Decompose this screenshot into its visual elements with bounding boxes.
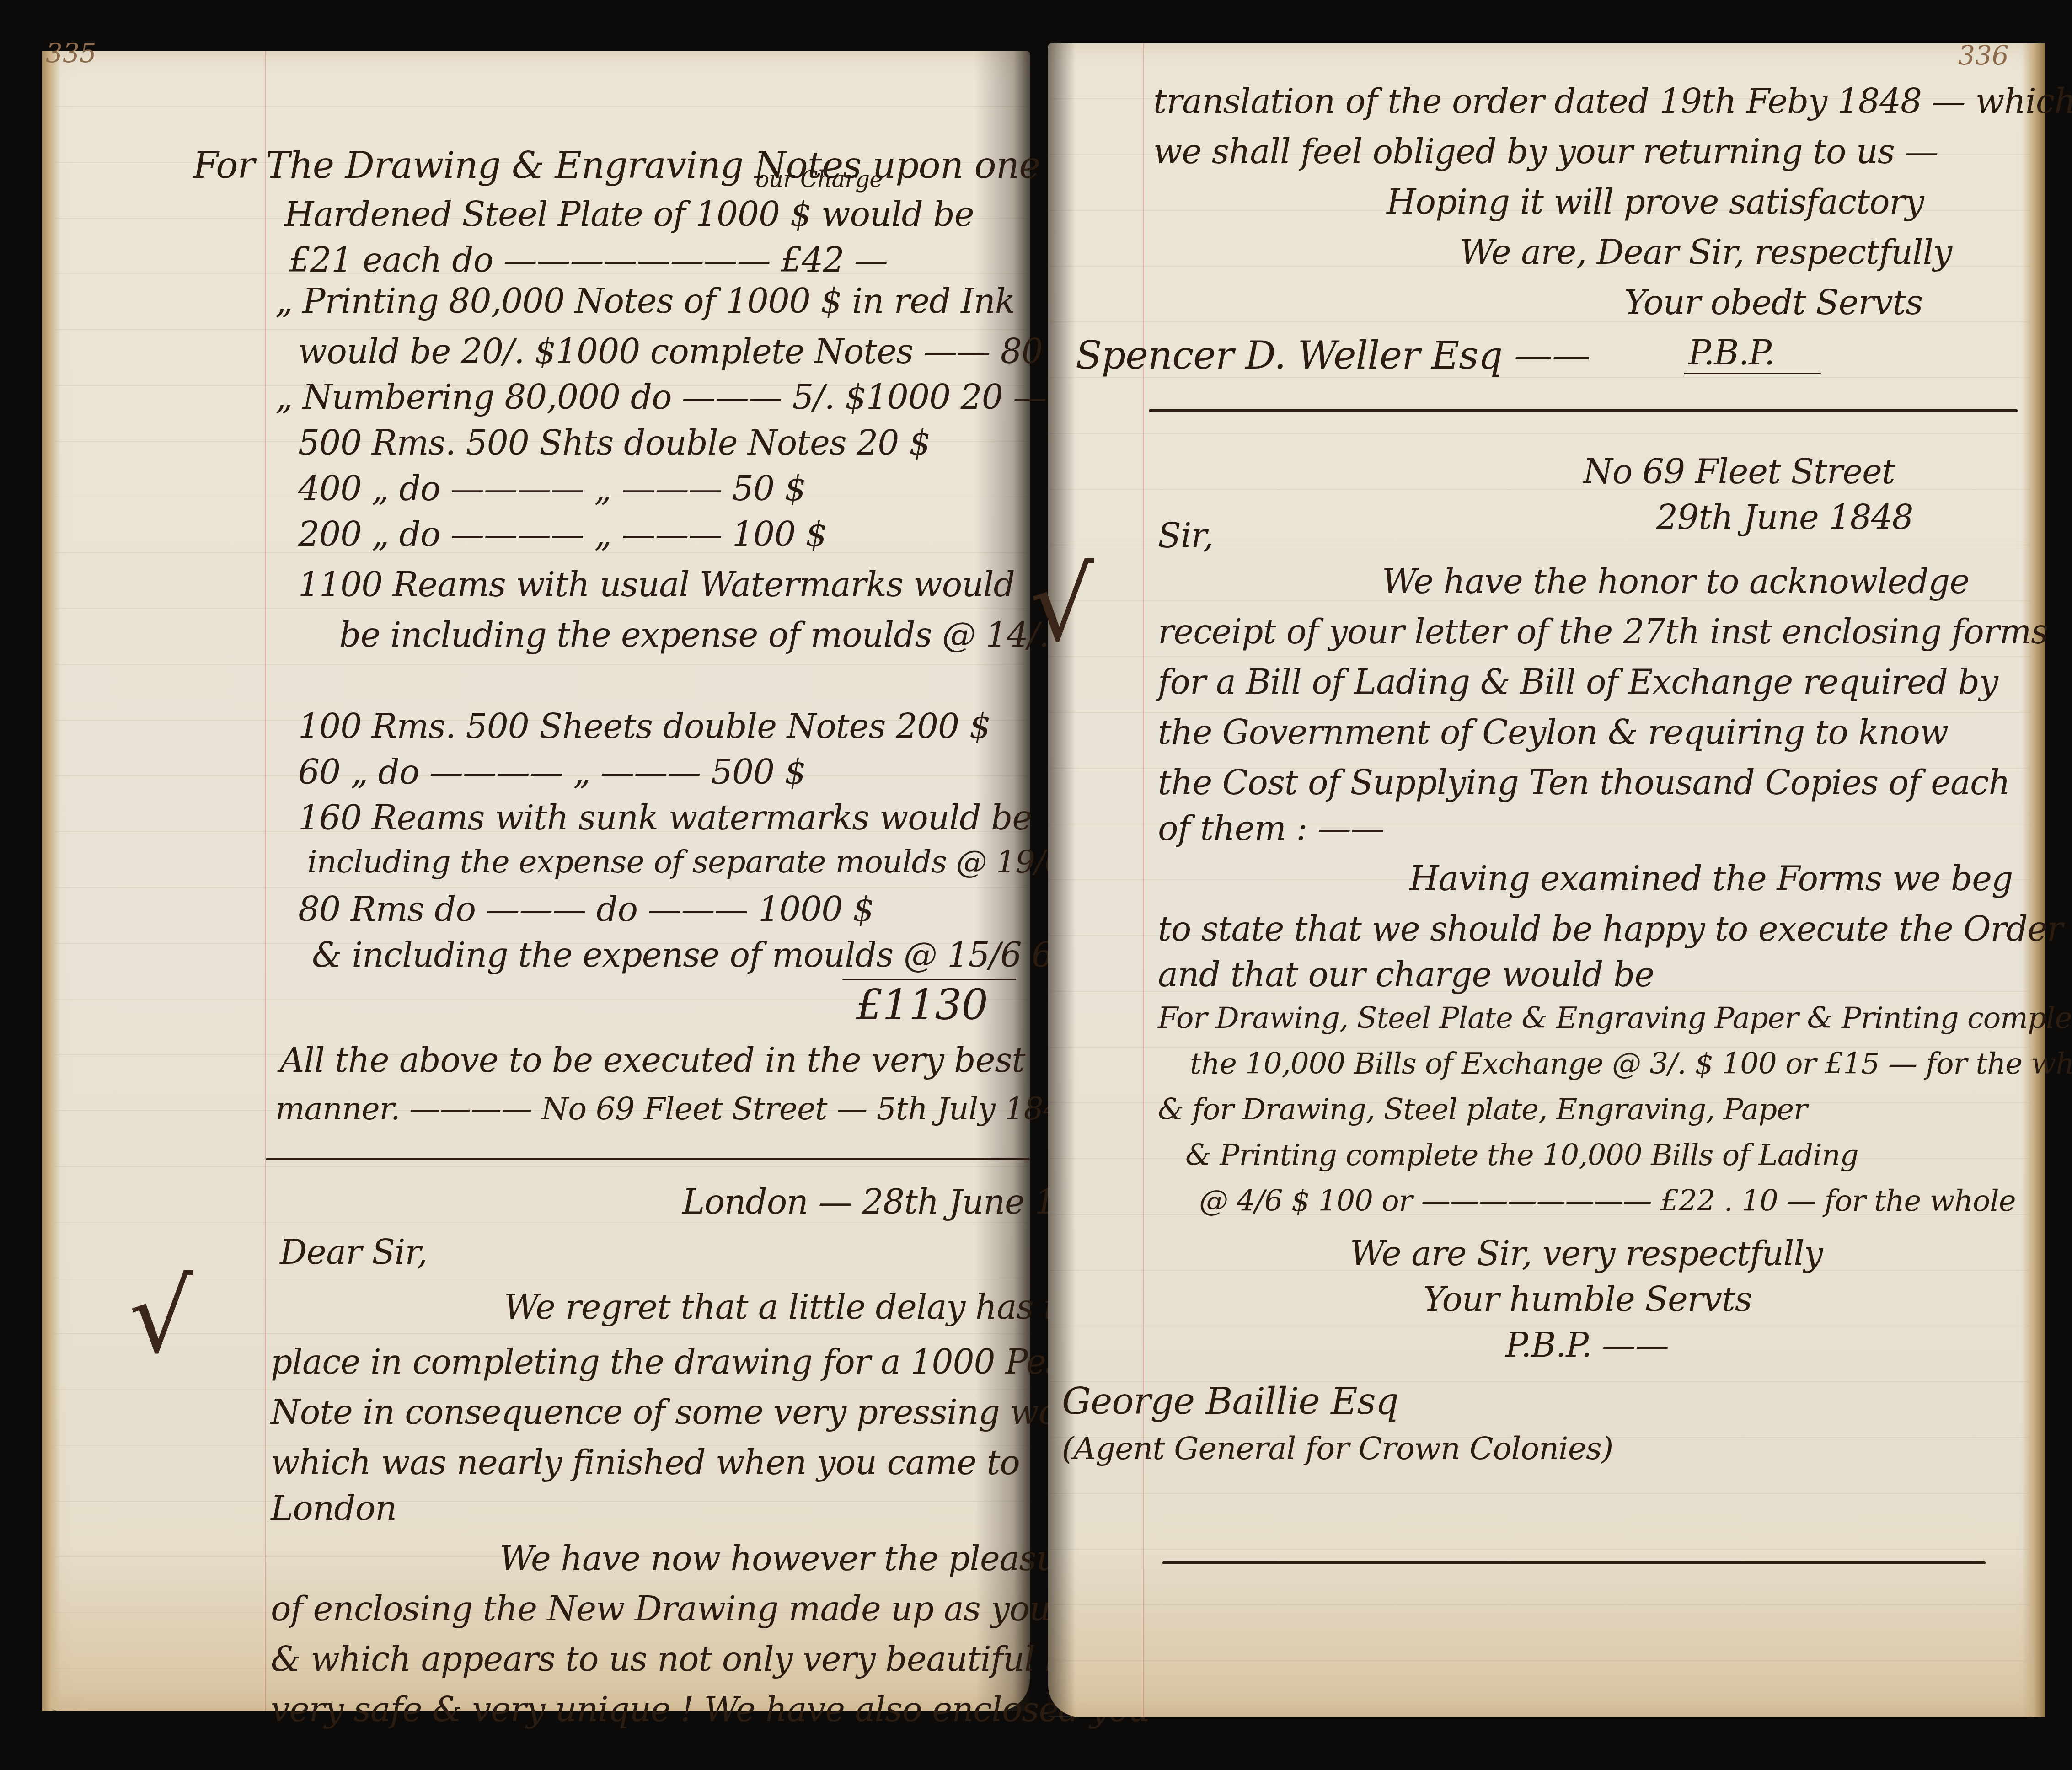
letter-closing: Your obedt Servts — [1624, 286, 1922, 320]
letter2-line: to state that we should be happy to exec… — [1158, 912, 2063, 946]
page-number: 336 — [1958, 40, 2009, 71]
letter2-charge-line: For Drawing, Steel Plate & Engraving Pap… — [1158, 1004, 2072, 1033]
letter2-salutation: Sir, — [1158, 519, 1213, 553]
check-mark-icon: √ — [129, 1258, 193, 1375]
estimate-line: „ Printing 80,000 Notes of 1000 $ in red… — [275, 284, 1015, 318]
margin-line — [265, 51, 266, 1711]
interlinear-note: our Charge — [755, 168, 883, 191]
letter2-charge-line: & Printing complete the 10,000 Bills of … — [1185, 1141, 1858, 1170]
estimate-line: 1100 Reams with usual Watermarks would — [298, 568, 1015, 602]
estimate-line: For The Drawing & Engraving Notes upon o… — [193, 147, 1040, 184]
letter2-line: for a Bill of Lading & Bill of Exchange … — [1158, 665, 1998, 699]
letter2-date: 29th June 1848 — [1656, 501, 1913, 535]
estimate-line: & including the expense of moulds @ 15/6… — [312, 938, 1118, 972]
letter-closing: We are, Dear Sir, respectfully — [1460, 235, 1952, 269]
page-edge — [2022, 43, 2045, 1717]
letter-addressee: Spencer D. Weller Esq —— — [1076, 336, 1590, 374]
left-page: 335 For The Drawing & Engraving Notes up… — [42, 51, 1030, 1711]
signature-flourish — [1684, 373, 1821, 374]
right-page: 336 translation of the order dated 19th … — [1048, 43, 2045, 1717]
letter2-line: the Government of Ceylon & requiring to … — [1158, 716, 1948, 749]
letter-line: Note in consequence of some very pressin… — [271, 1396, 1094, 1429]
letter2-line: of them : —— — [1158, 812, 1384, 845]
letter-line: We have now however the pleasure — [499, 1542, 1093, 1576]
check-mark-icon: √ — [1030, 546, 1094, 663]
estimate-line: would be 20/. $1000 complete Notes —— 80… — [298, 335, 1130, 369]
estimate-line: 500 Rms. 500 Shts double Notes 20 $ — [298, 426, 930, 460]
letter-line: We regret that a little delay has taken — [504, 1290, 1137, 1324]
letter2-addressee: George Baillie Esq — [1062, 1383, 1398, 1420]
letter-line: we shall feel obliged by your returning … — [1153, 135, 1938, 169]
letter2-closing: We are Sir, very respectfully — [1350, 1237, 1823, 1271]
letter2-address: No 69 Fleet Street — [1583, 455, 1895, 489]
estimate-line: 160 Reams with sunk watermarks would be — [298, 801, 1032, 835]
letter2-line: and that our charge would be — [1158, 958, 1654, 992]
letter2-line: We have the honor to acknowledge — [1382, 565, 1969, 599]
section-divider — [1162, 1561, 1986, 1564]
page-edge — [42, 51, 60, 1711]
letter-line: translation of the order dated 19th Feby… — [1153, 85, 2072, 118]
estimate-signoff: manner. ———— No 69 Fleet Street — 5th Ju… — [275, 1094, 1082, 1125]
estimate-line: 200 „ do ———— „ ——— 100 $ — [298, 518, 827, 551]
letter2-charge-line: & for Drawing, Steel plate, Engraving, P… — [1158, 1095, 1807, 1124]
section-divider — [1149, 409, 2018, 412]
letter-line: place in completing the drawing for a 10… — [271, 1345, 1082, 1379]
letter-line: very safe & very unique ! We have also e… — [271, 1693, 1150, 1727]
letter-salutation: Dear Sir, — [280, 1235, 427, 1269]
estimate-line: 400 „ do ———— „ ——— 50 $ — [298, 472, 806, 506]
letter2-line: Having examined the Forms we beg — [1409, 862, 2013, 896]
letter2-line: the Cost of Supplying Ten thousand Copie… — [1158, 766, 2010, 800]
letter2-signature: P.B.P. —— — [1505, 1328, 1669, 1362]
estimate-line: 80 Rms do ——— do ——— 1000 $ — [298, 893, 874, 926]
section-divider — [266, 1158, 1030, 1160]
estimate-line: „ Numbering 80,000 do ——— 5/. $1000 20 —… — [275, 380, 1090, 414]
letter-line: & which appears to us not only very beau… — [271, 1642, 1178, 1676]
letter2-addressee-title: (Agent General for Crown Colonies) — [1062, 1433, 1613, 1465]
letter2-closing: Your humble Servts — [1423, 1283, 1752, 1316]
letter-line: which was nearly finished when you came … — [271, 1446, 1020, 1480]
estimate-line: Hardened Steel Plate of 1000 $ would be — [284, 198, 974, 231]
letter2-charge-line: @ 4/6 $ 100 or ———————— £22 . 10 — for t… — [1199, 1187, 2016, 1216]
estimate-line: £21 each do ———————— £42 — — [289, 243, 888, 277]
estimate-line: 60 „ do ———— „ ——— 500 $ — [298, 755, 806, 789]
letter-closing: Hoping it will prove satisfactory — [1387, 185, 1924, 219]
page-number: 335 — [46, 37, 96, 69]
estimate-total: £1130 — [856, 984, 988, 1026]
letter-signature: P.B.P. — [1688, 336, 1775, 370]
letter2-line: receipt of your letter of the 27th inst … — [1158, 615, 2048, 649]
estimate-line: All the above to be executed in the very… — [280, 1043, 1025, 1077]
letter-line: London — [271, 1492, 396, 1525]
estimate-line: 100 Rms. 500 Sheets double Notes 200 $ — [298, 710, 990, 743]
letter2-charge-line: the 10,000 Bills of Exchange @ 3/. $ 100… — [1190, 1049, 2072, 1079]
